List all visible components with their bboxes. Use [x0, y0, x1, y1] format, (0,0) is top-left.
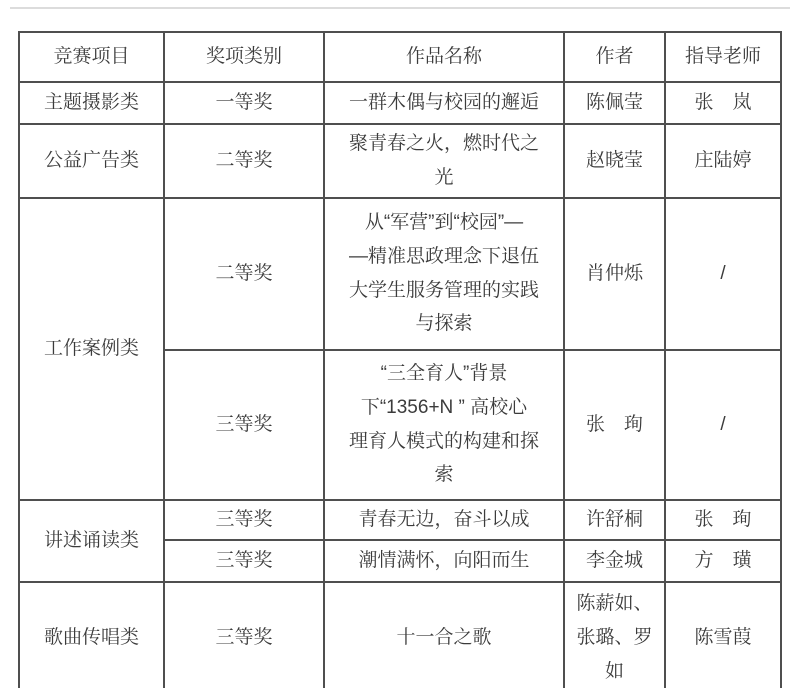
- teacher-cell: 张 珣: [665, 500, 781, 540]
- award-cell: 二等奖: [164, 198, 324, 350]
- work-cell: 从“军营”到“校园”— —精准思政理念下退伍 大学生服务管理的实践 与探索: [324, 198, 564, 350]
- work-cell: 十一合之歌: [324, 582, 564, 688]
- teacher-cell: /: [665, 198, 781, 350]
- table-row: 讲述诵读类 三等奖 青春无边，奋斗以成 许舒桐 张 珣: [19, 500, 781, 540]
- award-cell: 三等奖: [164, 350, 324, 500]
- category-cell: 主题摄影类: [19, 82, 164, 124]
- table-row: 主题摄影类 一等奖 一群木偶与校园的邂逅 陈佩莹 张 岚: [19, 82, 781, 124]
- teacher-cell: 方 璜: [665, 540, 781, 582]
- award-cell: 三等奖: [164, 540, 324, 582]
- work-cell: “三全育人”背景 下“1356+N ” 高校心 理育人模式的构建和探 索: [324, 350, 564, 500]
- category-cell-merged: 讲述诵读类: [19, 500, 164, 582]
- category-cell: 歌曲传唱类: [19, 582, 164, 688]
- table-row: 公益广告类 二等奖 聚青春之火，燃时代之 光 赵晓莹 庄陆婷: [19, 124, 781, 198]
- work-cell: 青春无边，奋斗以成: [324, 500, 564, 540]
- author-cell: 许舒桐: [564, 500, 665, 540]
- header-cell-category: 竞赛项目: [19, 32, 164, 82]
- top-divider-line: [10, 7, 790, 9]
- award-cell: 三等奖: [164, 582, 324, 688]
- teacher-cell: 陈雪葭: [665, 582, 781, 688]
- award-cell: 二等奖: [164, 124, 324, 198]
- table-row: 歌曲传唱类 三等奖 十一合之歌 陈薪如、 张璐、罗 如 陈雪葭: [19, 582, 781, 688]
- header-cell-author: 作者: [564, 32, 665, 82]
- author-cell: 陈薪如、 张璐、罗 如: [564, 582, 665, 688]
- category-cell: 公益广告类: [19, 124, 164, 198]
- teacher-cell: 庄陆婷: [665, 124, 781, 198]
- award-cell: 三等奖: [164, 500, 324, 540]
- category-cell-merged: 工作案例类: [19, 198, 164, 500]
- author-cell: 赵晓莹: [564, 124, 665, 198]
- award-cell: 一等奖: [164, 82, 324, 124]
- author-cell: 李金城: [564, 540, 665, 582]
- header-cell-award: 奖项类别: [164, 32, 324, 82]
- work-cell: 聚青春之火，燃时代之 光: [324, 124, 564, 198]
- table-row: 工作案例类 二等奖 从“军营”到“校园”— —精准思政理念下退伍 大学生服务管理…: [19, 198, 781, 350]
- teacher-cell: 张 岚: [665, 82, 781, 124]
- work-cell: 潮情满怀，向阳而生: [324, 540, 564, 582]
- awards-table: 竞赛项目 奖项类别 作品名称 作者 指导老师 主题摄影类 一等奖 一群木偶与校园…: [18, 31, 782, 688]
- author-cell: 张 珣: [564, 350, 665, 500]
- work-cell: 一群木偶与校园的邂逅: [324, 82, 564, 124]
- header-cell-work: 作品名称: [324, 32, 564, 82]
- page: 竞赛项目 奖项类别 作品名称 作者 指导老师 主题摄影类 一等奖 一群木偶与校园…: [0, 0, 799, 688]
- teacher-cell: /: [665, 350, 781, 500]
- author-cell: 肖仲烁: [564, 198, 665, 350]
- author-cell: 陈佩莹: [564, 82, 665, 124]
- header-cell-teacher: 指导老师: [665, 32, 781, 82]
- header-row: 竞赛项目 奖项类别 作品名称 作者 指导老师: [19, 32, 781, 82]
